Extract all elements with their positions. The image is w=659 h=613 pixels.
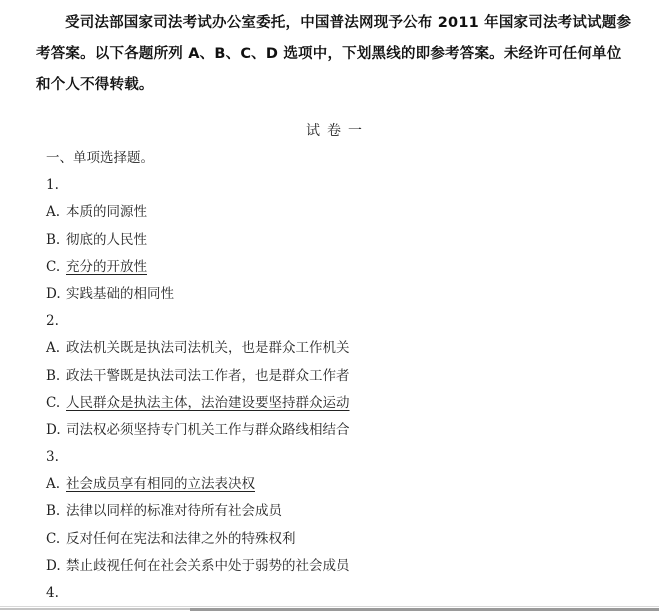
option-text: 本质的同源性 xyxy=(66,204,147,220)
option-line: A.本质的同源性 xyxy=(46,201,646,228)
option-line: B.法律以同样的标准对待所有社会成员 xyxy=(46,500,646,527)
option-line-answer: C.人民群众是执法主体，法治建设要坚持群众运动 xyxy=(46,392,646,419)
option-text: 政法机关既是执法司法机关，也是群众工作机关 xyxy=(66,340,350,356)
option-line: D.司法权必须坚持专门机关工作与群众路线相结合 xyxy=(46,419,646,446)
question-number: 3. xyxy=(46,446,646,473)
option-letter: C. xyxy=(46,256,66,278)
option-letter: C. xyxy=(46,528,66,550)
intro-notice: 受司法部国家司法考试办公室委托，中国普法网现予公布 2011 年国家司法考试试题… xyxy=(36,8,636,101)
question-number: 2. xyxy=(46,310,646,337)
horizontal-scrollbar-thumb[interactable] xyxy=(190,608,659,611)
option-letter: D. xyxy=(46,283,66,305)
option-letter: D. xyxy=(46,419,66,441)
option-text: 政法干警既是执法司法工作者，也是群众工作者 xyxy=(66,368,350,384)
option-letter: A. xyxy=(46,473,66,495)
option-text: 禁止歧视任何在社会关系中处于弱势的社会成员 xyxy=(66,558,350,574)
option-letter: B. xyxy=(46,500,66,522)
option-letter: B. xyxy=(46,365,66,387)
option-line: A.政法机关既是执法司法机关，也是群众工作机关 xyxy=(46,337,646,364)
option-letter: C. xyxy=(46,392,66,414)
section-heading: 一、单项选择题。 xyxy=(46,147,646,174)
option-line: D.禁止歧视任何在社会关系中处于弱势的社会成员 xyxy=(46,555,646,582)
option-letter: D. xyxy=(46,555,66,577)
option-letter: A. xyxy=(46,337,66,359)
page-edge-divider xyxy=(0,606,659,607)
option-line-answer: C.充分的开放性 xyxy=(46,256,646,283)
option-text: 实践基础的相同性 xyxy=(66,286,174,302)
horizontal-scrollbar-track[interactable] xyxy=(0,608,190,610)
option-text: 法律以同样的标准对待所有社会成员 xyxy=(66,503,282,519)
option-letter: B. xyxy=(46,229,66,251)
paper-title: 试卷一 xyxy=(0,120,659,140)
intro-paragraph: 受司法部国家司法考试办公室委托，中国普法网现予公布 2011 年国家司法考试试题… xyxy=(36,8,636,101)
question-number: 1. xyxy=(46,174,646,201)
option-line: C.反对任何在宪法和法律之外的特殊权利 xyxy=(46,528,646,555)
answer-text: 社会成员享有相同的立法表决权 xyxy=(66,476,255,492)
option-text: 司法权必须坚持专门机关工作与群众路线相结合 xyxy=(66,422,350,438)
option-text: 彻底的人民性 xyxy=(66,232,147,248)
answer-text: 充分的开放性 xyxy=(66,259,147,275)
option-line: B.政法干警既是执法司法工作者，也是群众工作者 xyxy=(46,365,646,392)
option-letter: A. xyxy=(46,201,66,223)
answer-text: 人民群众是执法主体，法治建设要坚持群众运动 xyxy=(66,395,350,411)
question-list: 一、单项选择题。 1. A.本质的同源性 B.彻底的人民性 C.充分的开放性 D… xyxy=(46,147,646,609)
option-text: 反对任何在宪法和法律之外的特殊权利 xyxy=(66,531,296,547)
option-line: B.彻底的人民性 xyxy=(46,229,646,256)
document-page: 受司法部国家司法考试办公室委托，中国普法网现予公布 2011 年国家司法考试试题… xyxy=(0,0,659,606)
option-line-answer: A.社会成员享有相同的立法表决权 xyxy=(46,473,646,500)
option-line: D.实践基础的相同性 xyxy=(46,283,646,310)
